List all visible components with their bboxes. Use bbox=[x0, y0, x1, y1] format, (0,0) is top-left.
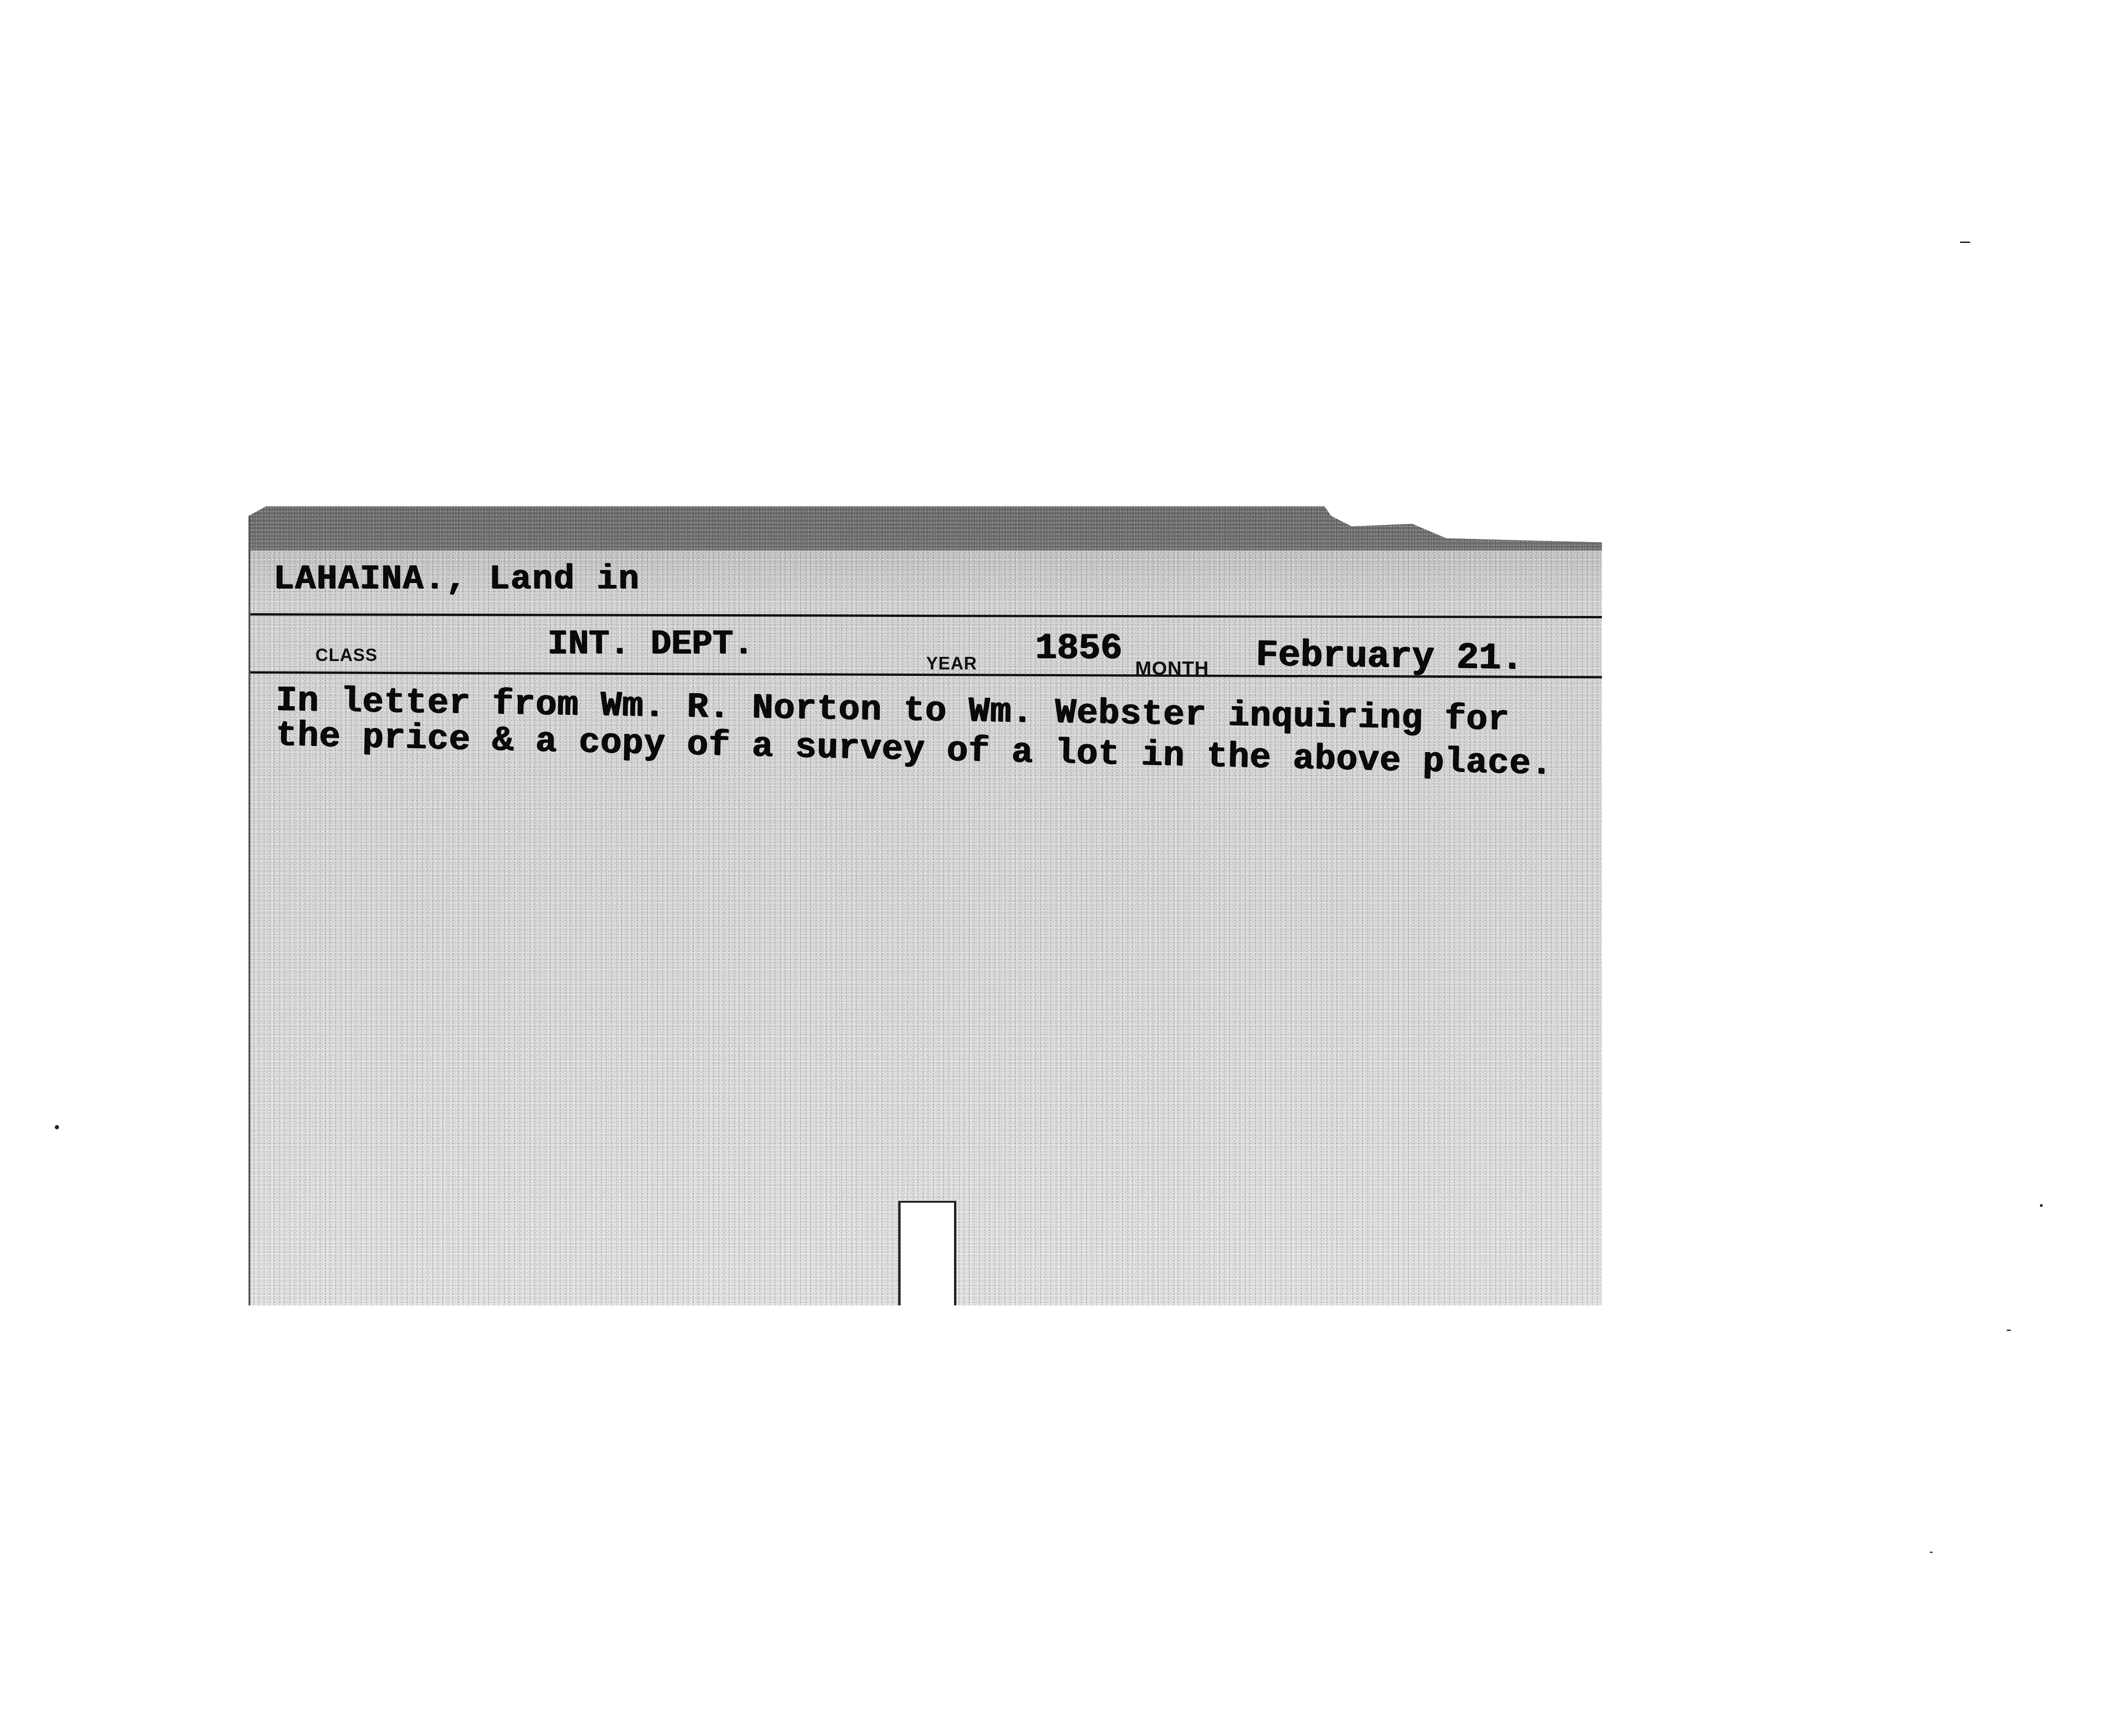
scan-speck bbox=[1930, 1552, 1933, 1553]
ruled-line-top bbox=[250, 613, 1602, 618]
month-value: February 21. bbox=[1255, 634, 1523, 680]
class-value: INT. DEPT. bbox=[548, 625, 754, 664]
year-label: YEAR bbox=[926, 654, 977, 674]
year-value: 1856 bbox=[1035, 628, 1122, 669]
card-title: LAHAINA., Land in bbox=[274, 560, 640, 599]
scan-speck bbox=[2040, 1204, 2043, 1207]
scan-speck bbox=[55, 1125, 59, 1129]
scan-speck bbox=[2006, 1330, 2011, 1331]
card-header-band bbox=[250, 506, 1602, 550]
index-card: LAHAINA., Land in CLASS INT. DEPT. YEAR … bbox=[248, 506, 1602, 1305]
class-label: CLASS bbox=[315, 646, 378, 666]
scan-speck bbox=[1960, 242, 1970, 243]
card-tab-cutout bbox=[898, 1201, 956, 1310]
